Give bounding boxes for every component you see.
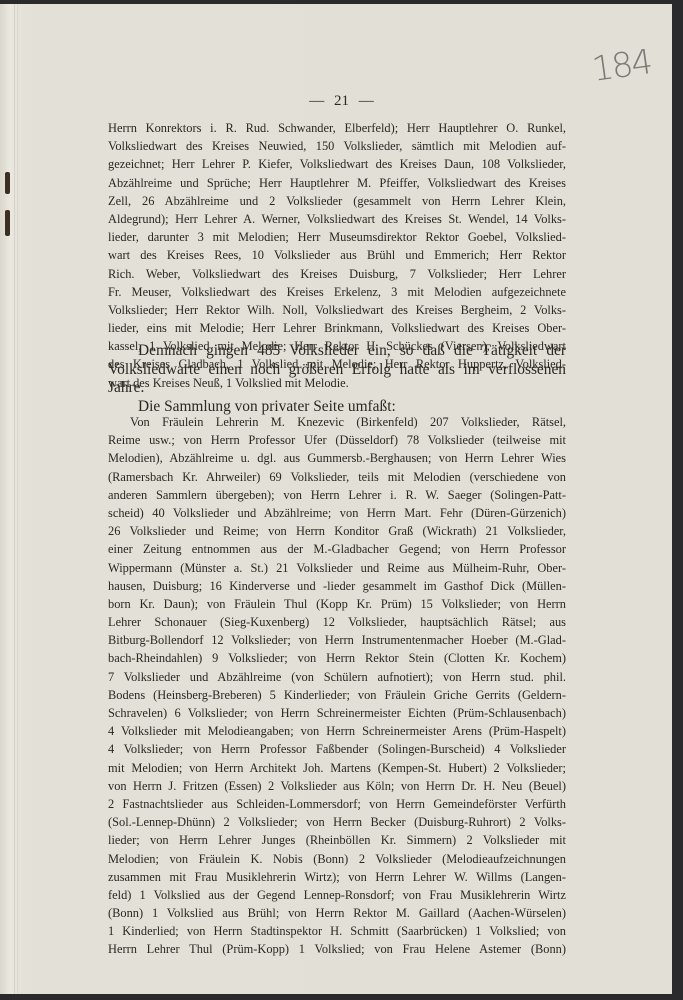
text-line: scheid) 40 Volkslieder und Abzählreime; …	[108, 504, 566, 522]
text-line: hausen, Duisburg; 16 Kinderverse und -li…	[108, 577, 566, 595]
text-line: feld) 1 Volkslied aus der Gegend Lennep-…	[108, 886, 566, 904]
text-line: gezeichnet; Herr Lehrer P. Kiefer, Volks…	[108, 155, 566, 173]
text-line: Fr. Meuser, Volksliedwart des Kreises Er…	[108, 283, 566, 301]
text-line: Herrn Lehrer Thul (Prüm-Kopp) 1 Volkslie…	[108, 940, 566, 958]
text-line: Reime usw.; von Herrn Professor Ufer (Dü…	[108, 431, 566, 449]
text-line: Volksliedwarte einen noch größeren Erfol…	[108, 361, 566, 380]
text-line: Rich. Weber, Volksliedwart des Kreises D…	[108, 265, 566, 283]
text-line: lieder, eins mit Melodie; Herr Lehrer Br…	[108, 319, 566, 337]
text-line: Schravelen) 6 Volkslieder; von Herrn Sch…	[108, 704, 566, 722]
text-line: 26 Volkslieder und Reime; von Herrn Kond…	[108, 522, 566, 540]
binding-stitch	[5, 210, 10, 236]
paragraph-summary: Demnach gingen 485 Volkslieder ein, so d…	[108, 342, 566, 398]
text-line: Bitburg-Bollendorf 12 Volkslieder; von H…	[108, 631, 566, 649]
text-line: 4 Volkslieder mit Melodieangaben; von He…	[108, 722, 566, 740]
text-line: 7 Volkslieder und Abzählreime (von Schül…	[108, 668, 566, 686]
page-number: — 21 —	[0, 93, 683, 110]
text-line: Bodens (Heinsberg-Breberen) 5 Kinderlied…	[108, 686, 566, 704]
text-line: Von Fräulein Lehrerin M. Knezevic (Birke…	[108, 413, 566, 431]
text-line: Jahre.	[108, 379, 566, 398]
text-line: Abzählreime und Sprüche; Herr Hauptlehre…	[108, 174, 566, 192]
text-line: (Sol.-Lennep-Dhünn) 2 Volkslieder; von H…	[108, 813, 566, 831]
binding-stitch	[5, 172, 10, 194]
text-line: Herrn Konrektors i. R. Rud. Schwander, E…	[108, 119, 566, 137]
paragraph-private-collection: Von Fräulein Lehrerin M. Knezevic (Birke…	[108, 413, 566, 959]
text-line: (Bonn) 1 Volkslied aus Brühl; von Herrn …	[108, 904, 566, 922]
text-line: 1 Kinderlied; von Herrn Stadtinspektor H…	[108, 922, 566, 940]
text-line: born Kr. Daun); von Fräulein Thul (Kopp …	[108, 595, 566, 613]
text-line: 4 Volkslieder; von Herrn Professor Faßbe…	[108, 740, 566, 758]
text-line: 2 Fastnachtslieder aus Schleiden-Lommers…	[108, 795, 566, 813]
text-line: zusammen mit Frau Musiklehrerin Wirtz); …	[108, 868, 566, 886]
text-line: anderen Sammlern übergeben); von Herrn L…	[108, 486, 566, 504]
text-line: Wippermann (Münster a. St.) 21 Volkslied…	[108, 559, 566, 577]
text-line: lieder, darunter 3 mit Melodien; Herr Mu…	[108, 228, 566, 246]
text-line: Aldegrund); Herr Lehrer A. Werner, Volks…	[108, 210, 566, 228]
text-line: von Herrn J. Fritzen (Essen) 2 Volkslied…	[108, 777, 566, 795]
page-spine	[14, 4, 18, 994]
pencil-folio-annotation: 184	[590, 42, 654, 90]
text-line: wart des Kreises Rees, 10 Volkslieder au…	[108, 246, 566, 264]
text-line: Zell, 26 Abzählreime und 2 Volkslieder (…	[108, 192, 566, 210]
scanned-page: 184 — 21 — Herrn Konrektors i. R. Rud. S…	[0, 4, 672, 994]
text-line: Volkslieder; Herr Rektor Wilh. Noll, Vol…	[108, 301, 566, 319]
text-line: einer Zeitung entnommen aus der M.-Gladb…	[108, 540, 566, 558]
text-line: Melodien), Abzählreime u. dgl. aus Gumme…	[108, 449, 566, 467]
text-line: lieder; von Herrn Lehrer Junges (Rheinbö…	[108, 831, 566, 849]
text-line: (Ramersbach Kr. Ahrweiler) 69 Volksliede…	[108, 468, 566, 486]
text-line: bach-Rheindahlen) 9 Volkslieder; von Her…	[108, 649, 566, 667]
text-line: mit Melodien; von Herrn Architekt Joh. M…	[108, 759, 566, 777]
text-line: Melodien; von Fräulein K. Nobis (Bonn) 2…	[108, 850, 566, 868]
text-line: Lehrer Schonauer (Sieg-Kuxenberg) 12 Vol…	[108, 613, 566, 631]
text-line: Demnach gingen 485 Volkslieder ein, so d…	[108, 342, 566, 361]
text-line: Volksliedwart des Kreises Neuwied, 150 V…	[108, 137, 566, 155]
